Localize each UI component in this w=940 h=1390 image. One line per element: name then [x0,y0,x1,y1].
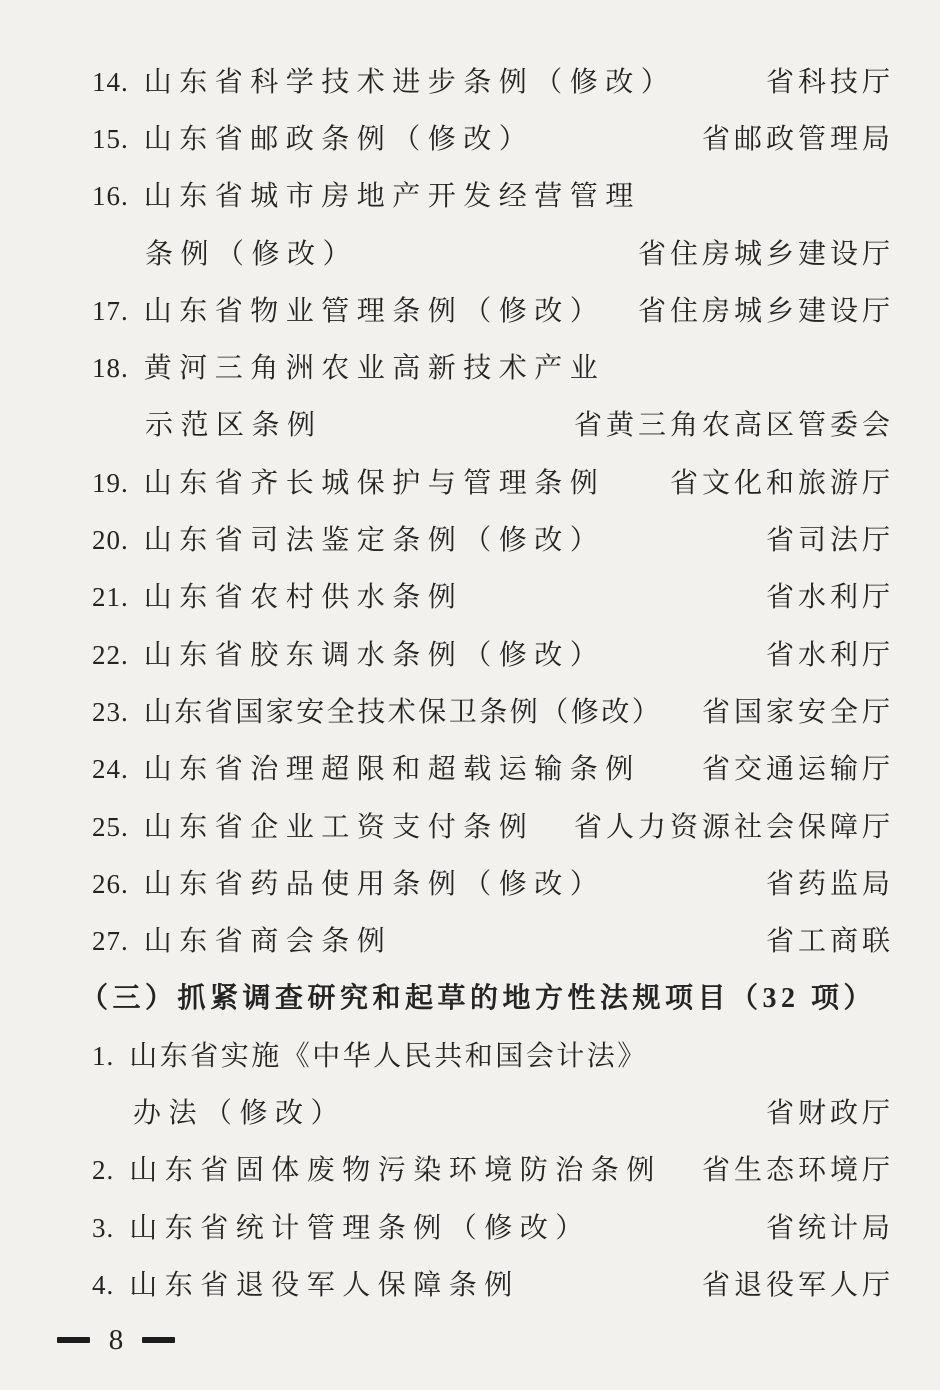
item-text: 17.山东省物业管理条例（修改） [92,289,605,329]
item-title: 山东省科学技术进步条例（修改） [144,67,677,98]
item-department: 省交通运输厅 [702,747,894,787]
item-department: 省统计局 [766,1206,894,1246]
item-department: 省住房城乡建设厅 [638,289,894,329]
item-title: 山东省司法鉴定条例（修改） [144,525,606,556]
list-item: 22.山东省胶东调水条例（修改） 省水利厅 [92,624,890,681]
list-item: 示范区条例 省黄三角农高区管委会 [92,395,890,452]
item-department: 省科技厅 [766,60,894,100]
item-title: 山东省商会条例 [144,926,393,957]
item-text: 27.山东省商会条例 [92,919,392,959]
item-number: 16. [92,181,129,212]
item-title: 条例（修改） [145,239,358,270]
item-title: 山东省实施《中华人民共和国会计法》 [129,1041,648,1072]
list-item: （三）抓紧调查研究和起草的地方性法规项目（32 项） [80,968,890,1025]
page-number-dash-right [142,1337,175,1343]
list-item: 24.山东省治理超限和超载运输条例 省交通运输厅 [92,739,890,796]
item-text: 16.山东省城市房地产开发经营管理 [92,174,641,214]
item-number: 27. [92,926,129,957]
item-text: 18.黄河三角洲农业高新技术产业 [92,346,605,386]
list-item: 25.山东省企业工资支付条例 省人力资源社会保障厅 [92,796,890,853]
item-number: 23. [92,697,129,728]
page-footer: 8 [57,1312,890,1369]
item-title: 黄河三角洲农业高新技术产业 [144,353,606,384]
item-number: 21. [92,582,129,613]
item-department: 省黄三角农高区管委会 [574,403,894,443]
item-number: 18. [92,353,129,384]
item-department: 省水利厅 [766,575,894,615]
item-text: 条例（修改） [92,232,358,272]
item-number: 4. [92,1270,114,1301]
item-title: 山东省国家安全技术保卫条例（修改） [144,697,663,728]
item-text: 15.山东省邮政条例（修改） [92,117,534,157]
item-number: 26. [92,869,129,900]
item-text: 4.山东省退役军人保障条例 [92,1263,520,1303]
list-item: 办法（修改） 省财政厅 [92,1082,890,1139]
item-title: 办法（修改） [133,1098,346,1129]
item-title: （三）抓紧调查研究和起草的地方性法规项目（32 项） [80,983,876,1014]
item-title: 山东省邮政条例（修改） [144,124,535,155]
list-item: 15.山东省邮政条例（修改） 省邮政管理局 [92,108,890,165]
item-title: 山东省治理超限和超载运输条例 [144,754,641,785]
item-department: 省药监局 [766,862,894,902]
document-page: 14.山东省科学技术进步条例（修改） 省科技厅 15.山东省邮政条例（修改） 省… [0,0,940,1390]
list-item: 3.山东省统计管理条例（修改） 省统计局 [92,1197,890,1254]
list-item: 26.山东省药品使用条例（修改） 省药监局 [92,853,890,910]
list-item: 1.山东省实施《中华人民共和国会计法》 [92,1025,890,1082]
item-number: 22. [92,640,129,671]
item-title: 山东省统计管理条例（修改） [129,1213,591,1244]
item-title: 山东省农村供水条例 [144,582,464,613]
list-item: 4.山东省退役军人保障条例 省退役军人厅 [92,1254,890,1311]
item-department: 省人力资源社会保障厅 [574,805,894,845]
item-text: 3.山东省统计管理条例（修改） [92,1206,591,1246]
item-number: 20. [92,525,129,556]
item-text: 20.山东省司法鉴定条例（修改） [92,518,605,558]
item-number: 14. [92,67,129,98]
item-text: 14.山东省科学技术进步条例（修改） [92,60,676,100]
item-number: 24. [92,754,129,785]
list-item: 23.山东省国家安全技术保卫条例（修改） 省国家安全厅 [92,681,890,738]
item-text: 25.山东省企业工资支付条例 [92,805,534,845]
item-title: 山东省退役军人保障条例 [129,1270,520,1301]
item-department: 省水利厅 [766,633,894,673]
item-text: 2.山东省固体废物污染环境防治条例 [92,1148,662,1188]
item-text: 24.山东省治理超限和超载运输条例 [92,747,641,787]
item-department: 省退役军人厅 [702,1263,894,1303]
item-text: 1.山东省实施《中华人民共和国会计法》 [92,1034,648,1074]
list-item: 16.山东省城市房地产开发经营管理 [92,166,890,223]
item-department: 省生态环境厅 [702,1148,894,1188]
item-number: 3. [92,1213,114,1244]
item-number: 17. [92,296,129,327]
list-item: 27.山东省商会条例 省工商联 [92,910,890,967]
item-text: 26.山东省药品使用条例（修改） [92,862,605,902]
list-item: 17.山东省物业管理条例（修改） 省住房城乡建设厅 [92,280,890,337]
item-title: 山东省齐长城保护与管理条例 [144,468,606,499]
item-title: 山东省胶东调水条例（修改） [144,640,606,671]
item-text: 21.山东省农村供水条例 [92,575,463,615]
list-item: 20.山东省司法鉴定条例（修改） 省司法厅 [92,509,890,566]
item-department: 省国家安全厅 [702,690,894,730]
item-text: 办法（修改） [92,1091,346,1131]
item-title: 山东省物业管理条例（修改） [144,296,606,327]
page-number-dash-left [57,1337,90,1343]
item-department: 省住房城乡建设厅 [638,232,894,272]
item-number: 25. [92,812,129,843]
item-text: 23.山东省国家安全技术保卫条例（修改） [92,690,662,730]
item-text: 22.山东省胶东调水条例（修改） [92,633,605,673]
item-title: 山东省药品使用条例（修改） [144,869,606,900]
item-number: 15. [92,124,129,155]
list-item: 19.山东省齐长城保护与管理条例 省文化和旅游厅 [92,452,890,509]
list-item: 21.山东省农村供水条例 省水利厅 [92,567,890,624]
item-title: 山东省固体废物污染环境防治条例 [129,1155,662,1186]
item-department: 省财政厅 [766,1091,894,1131]
item-department: 省文化和旅游厅 [670,461,894,501]
item-title: 山东省城市房地产开发经营管理 [144,181,641,212]
list-item: 条例（修改） 省住房城乡建设厅 [92,223,890,280]
regulation-list: 14.山东省科学技术进步条例（修改） 省科技厅 15.山东省邮政条例（修改） 省… [92,51,890,1312]
item-title: 示范区条例 [145,410,323,441]
item-department: 省工商联 [766,919,894,959]
page-number: 8 [103,1324,129,1357]
list-item: 18.黄河三角洲农业高新技术产业 [92,337,890,394]
item-title: 山东省企业工资支付条例 [144,812,535,843]
list-item: 14.山东省科学技术进步条例（修改） 省科技厅 [92,51,890,108]
item-department: 省邮政管理局 [702,117,894,157]
item-text: 示范区条例 [92,403,323,443]
item-number: 1. [92,1041,114,1072]
item-department: 省司法厅 [766,518,894,558]
list-item: 2.山东省固体废物污染环境防治条例 省生态环境厅 [92,1140,890,1197]
item-number: 2. [92,1155,114,1186]
item-text: 19.山东省齐长城保护与管理条例 [92,461,605,501]
item-text: （三）抓紧调查研究和起草的地方性法规项目（32 项） [80,976,876,1016]
item-number: 19. [92,468,129,499]
